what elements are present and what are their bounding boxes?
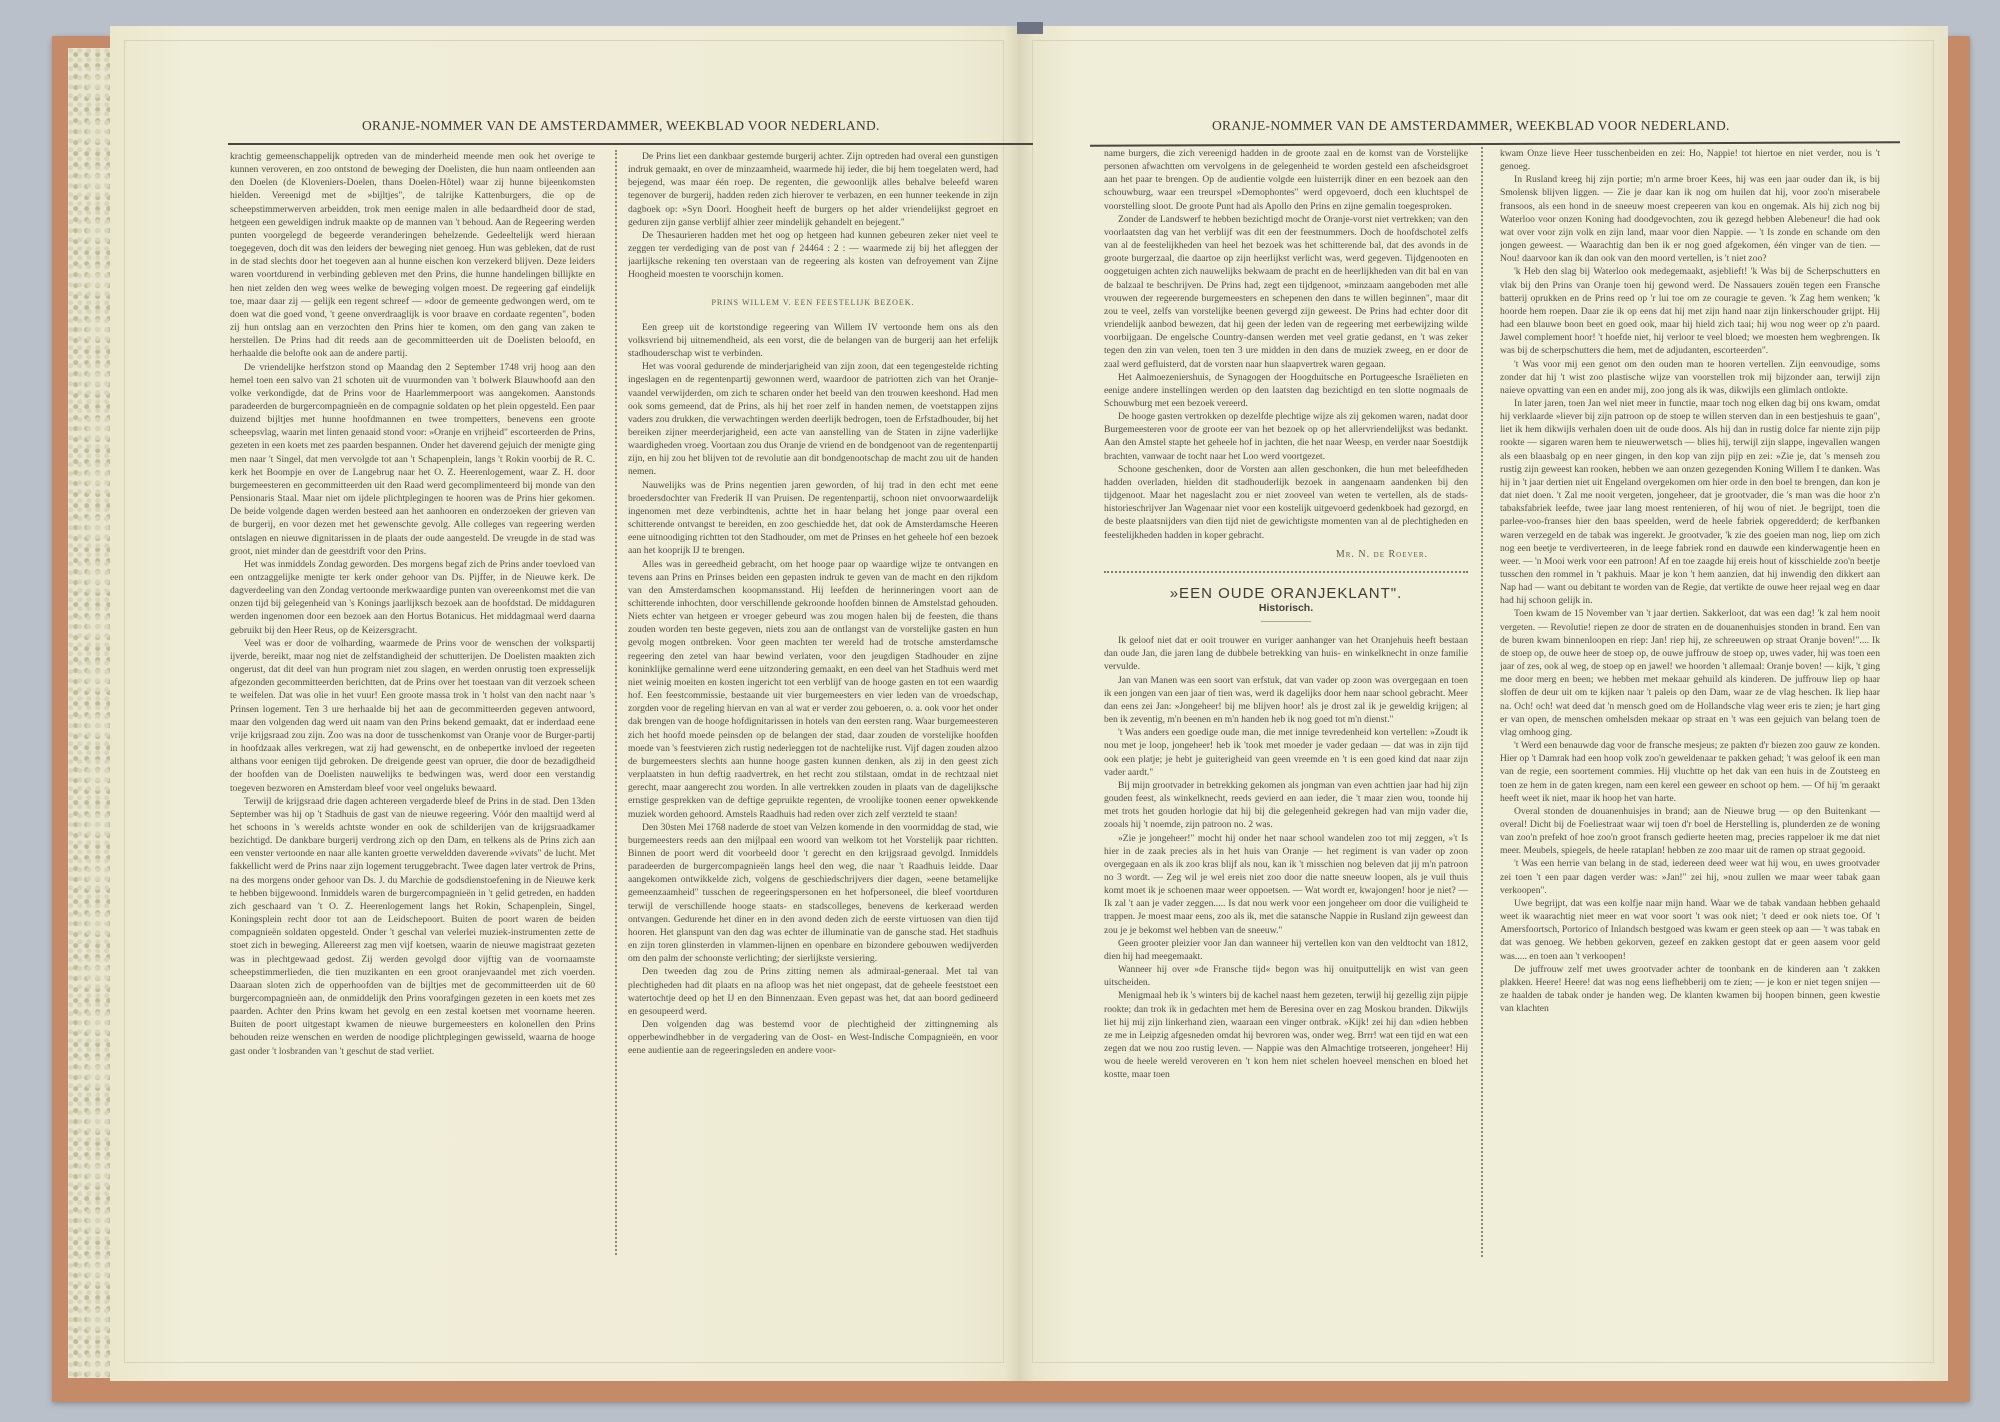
paragraph: Den 30sten Mei 1768 naderde de stoet van… [628,821,998,966]
section-heading: PRINS WILLEM V. EEN FEESTELIJK BEZOEK. [628,296,998,309]
paragraph: Veel was er door de volharding, waarmede… [230,637,595,795]
paragraph: Het was vooral gedurende de minderjarigh… [628,360,998,478]
right-column-1: name burgers, die zich vereenigd hadden … [1104,147,1468,1262]
paragraph: Een greep uit de kortstondige regeering … [628,321,998,360]
paragraph: Menigmaal heb ik 's winters bij de kache… [1104,989,1468,1081]
paragraph: kwam Onze lieve Heer tusschenbeiden en z… [1500,147,1880,173]
paragraph: krachtig gemeenschappelijk optreden van … [230,150,595,361]
paragraph: name burgers, die zich vereenigd hadden … [1104,147,1468,213]
paragraph: 't Werd een benauwde dag voor de fransch… [1500,739,1880,805]
paragraph: De vriendelijke herfstzon stond op Maand… [230,361,595,558]
paragraph: 'k Heb den slag bij Waterloo ook medegem… [1500,265,1880,357]
paragraph: Zonder de Landswerf te hebben bezichtigd… [1104,213,1468,371]
article-title: »EEN OUDE ORANJEKLANT". [1104,587,1468,600]
paragraph: Uwe begrijpt, dat was een kolfje naar mi… [1500,897,1880,963]
right-column-2: kwam Onze lieve Heer tusschenbeiden en z… [1500,147,1880,1262]
paragraph: Den tweeden dag zou de Prins zitting nem… [628,965,998,1018]
paragraph: De Thesaurieren hadden met het oog op he… [628,229,998,282]
column-divider [615,150,617,1255]
paragraph: Nauwelijks was de Prins negentien jaren … [628,479,998,558]
paragraph: Den volgenden dag was bestemd voor de pl… [628,1018,998,1057]
section-separator [1104,571,1468,573]
paragraph: 't Was anders een goedige oude man, die … [1104,726,1468,779]
left-column-1: krachtig gemeenschappelijk optreden van … [230,150,595,1260]
article-subtitle: Historisch. [1104,602,1468,615]
paragraph: Wanneer hij over »de Fransche tijd« bego… [1104,963,1468,989]
paragraph: Het Aalmoezeniershuis, de Synagogen der … [1104,371,1468,410]
paragraph: »Zie je jongeheer!" mocht hij onder het … [1104,832,1468,937]
author-signature: Mr. N. de Roever. [1104,548,1428,561]
paragraph: Jan van Manen was een soort van erfstuk,… [1104,674,1468,727]
running-header-left: ORANJE-NOMMER VAN DE AMSTERDAMMER, WEEKB… [362,118,842,134]
paragraph: Alles was in gereedheid gebracht, om het… [628,558,998,821]
paragraph: 't Was een herrie van belang in de stad,… [1500,857,1880,896]
paragraph: Terwijl de krijgsraad drie dagen achtere… [230,795,595,1058]
running-header-right: ORANJE-NOMMER VAN DE AMSTERDAMMER, WEEKB… [1212,118,1712,134]
paragraph: De juffrouw zelf met uwes grootvader ach… [1500,963,1880,1016]
gutter [1005,26,1033,1381]
paragraph: Ik geloof niet dat er ooit trouwer en vu… [1104,634,1468,673]
paragraph: Overal stonden de douanenhuisjes in bran… [1500,805,1880,858]
paragraph: In later jaren, toen Jan wel niet meer i… [1500,397,1880,608]
header-rule-left [228,143,1033,145]
marbled-endpaper [68,48,112,1378]
paragraph: Schoone geschenken, door de Vorsten aan … [1104,463,1468,542]
paragraph: In Rusland kreeg hij zijn portie; m'n ar… [1500,173,1880,265]
paragraph: 't Was voor mij een genot om den ouden m… [1500,358,1880,397]
paragraph: Geen grooter pleizier voor Jan dan wanne… [1104,937,1468,963]
paragraph: Bij mijn grootvader in betrekking gekome… [1104,779,1468,832]
column-divider [1481,147,1483,1257]
left-column-2: De Prins liet een dankbaar gestemde burg… [628,150,998,1260]
paragraph: Het was inmiddels Zondag geworden. Des m… [230,558,595,637]
paragraph: De Prins liet een dankbaar gestemde burg… [628,150,998,229]
paragraph: Toen kwam de 15 November van 't jaar der… [1500,607,1880,739]
spine-notch [1017,22,1043,34]
paragraph: De hooge gasten vertrokken op dezelfde p… [1104,410,1468,463]
